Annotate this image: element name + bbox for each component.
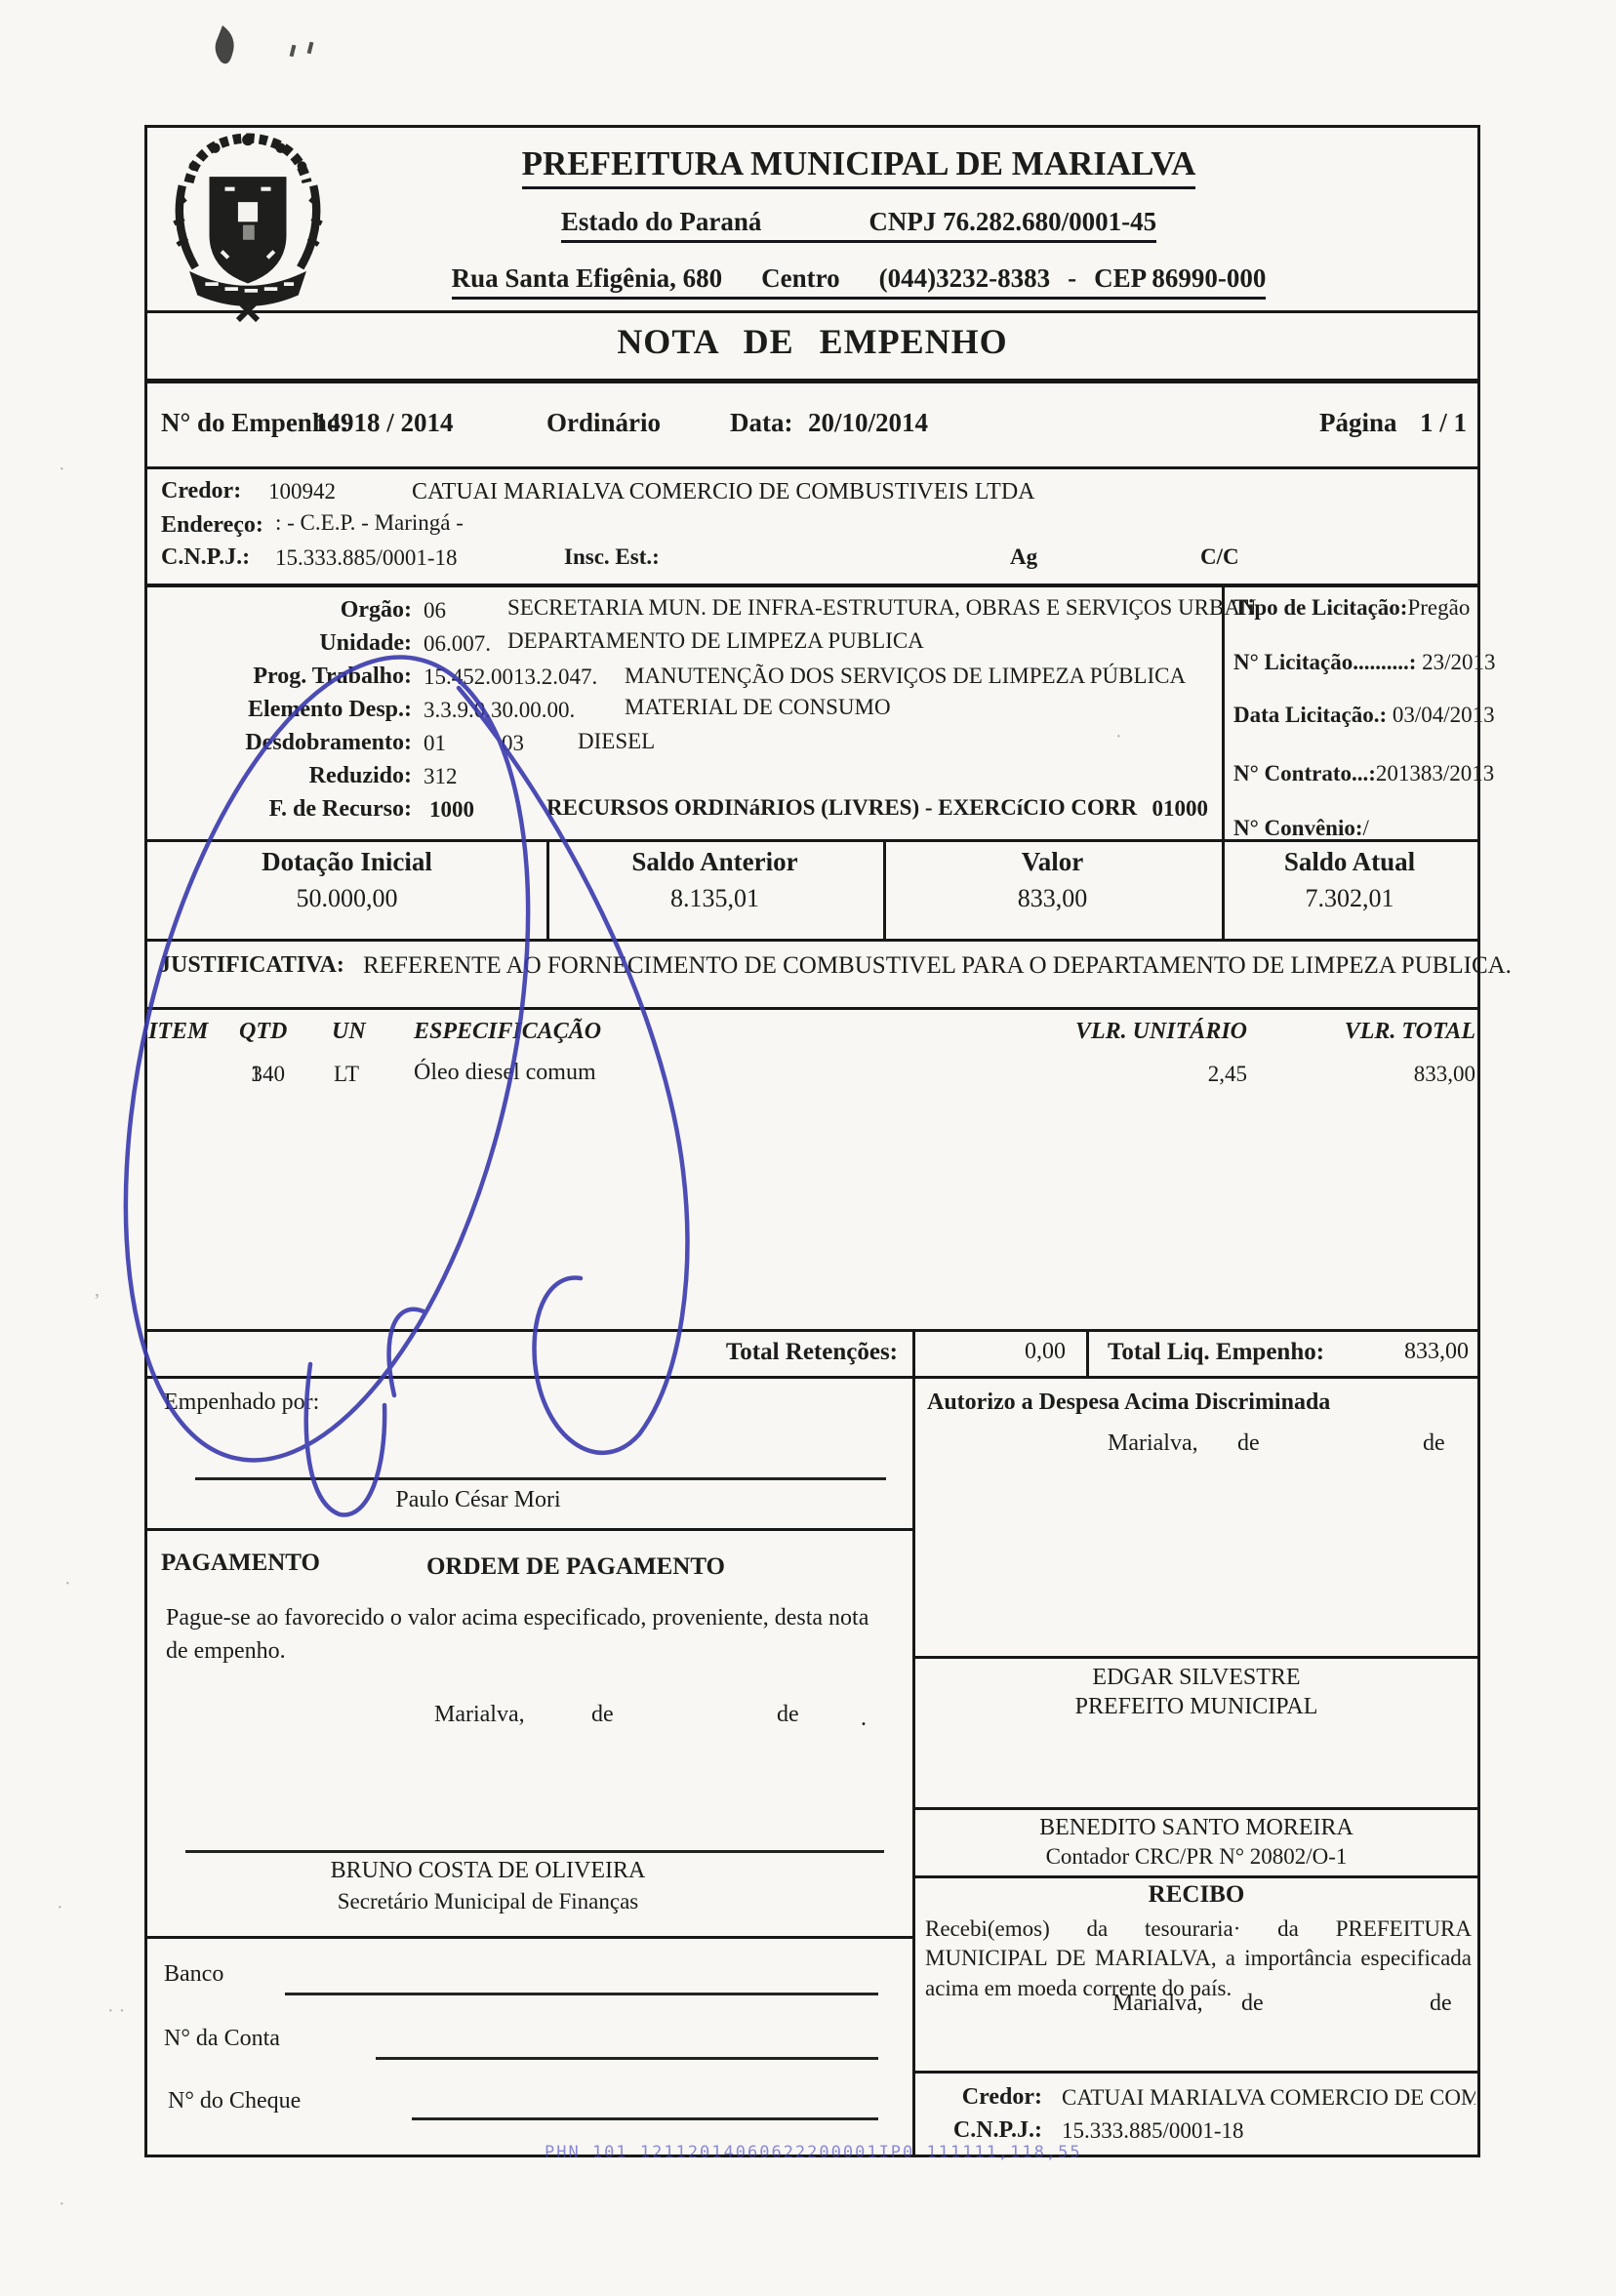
- pagamento-signature-line: [185, 1850, 884, 1853]
- numero-licitacao: N° Licitação..........: 23/2013: [1233, 650, 1496, 675]
- numero-conta-label: N° da Conta: [164, 2026, 280, 2053]
- saldo-atual-value: 7.302,01: [1222, 884, 1477, 913]
- banco-label: Banco: [164, 1961, 223, 1989]
- credor-label: Credor:: [161, 478, 241, 505]
- items-header-un: UN: [332, 1019, 366, 1046]
- credor-cnpj-label: C.N.P.J.:: [161, 544, 250, 572]
- numero-cheque-label: N° do Cheque: [168, 2088, 301, 2115]
- header-title: PREFEITURA MUNICIPAL DE MARIALVA: [468, 144, 1249, 183]
- total-retencoes-value: 0,00: [954, 1339, 1066, 1366]
- autorizo-city: Marialva,: [1108, 1430, 1198, 1458]
- empenhado-signature-line: [195, 1477, 886, 1480]
- coat-of-arms-logo: [166, 133, 330, 324]
- desdobramento-label: Desdobramento:: [146, 730, 412, 757]
- pagamento-city: Marialva,: [434, 1702, 525, 1729]
- unidade-desc: DEPARTAMENTO DE LIMPEZA PUBLICA: [507, 628, 924, 654]
- total-liq-empenho-label: Total Liq. Empenho:: [1108, 1339, 1324, 1367]
- insc-est-label: Insc. Est.:: [564, 544, 660, 570]
- header-address: Rua Santa Efigênia, 680Centro(044)3232-8…: [429, 263, 1288, 294]
- elemento-desp-code: 3.3.9.0.30.00.00.: [424, 698, 575, 723]
- orgao-code: 06: [424, 598, 446, 624]
- endereco-value: : - C.E.P. - Maringá -: [275, 510, 464, 536]
- recibo-cnpj-value: 15.333.885/0001-18: [1062, 2118, 1244, 2144]
- empenhado-signer-name: Paulo César Mori: [332, 1487, 625, 1514]
- autorizo-signer-role: PREFEITO MUNICIPAL: [915, 1694, 1477, 1721]
- empenho-kind: Ordinário: [546, 408, 661, 438]
- autorizo-signer-name: EDGAR SILVESTRE: [915, 1665, 1477, 1692]
- scan-speck: ·: [1115, 726, 1122, 748]
- dotacao-inicial-value: 50.000,00: [147, 884, 546, 913]
- banco-line: [285, 1993, 878, 1995]
- numero-cheque-line: [412, 2117, 878, 2120]
- item-row-espec: Óleo diesel comum: [414, 1060, 596, 1087]
- saldo-anterior-value: 8.135,01: [546, 884, 883, 913]
- items-header-vlr-total: VLR. TOTAL: [1298, 1019, 1475, 1046]
- items-header-item: ITEM: [148, 1019, 208, 1046]
- orgao-label: Orgão:: [146, 597, 412, 624]
- items-header-vlr-unitario: VLR. UNITÁRIO: [1034, 1019, 1247, 1046]
- contador-signature-line: [915, 1807, 1477, 1810]
- pagamento-de2: de: [777, 1702, 799, 1729]
- desdobramento-code1: 01: [424, 731, 446, 756]
- justificativa-label: JUSTIFICATIVA:: [159, 952, 344, 980]
- endereco-label: Endereço:: [161, 512, 263, 540]
- autorizo-title: Autorizo a Despesa Acima Discriminada: [927, 1390, 1330, 1417]
- contador-name: BENEDITO SANTO MOREIRA: [915, 1815, 1477, 1842]
- scan-speck: ·: [59, 459, 65, 481]
- total-liq-empenho-value: 833,00: [1347, 1339, 1469, 1366]
- items-header-espec: ESPECIFICAÇÃO: [414, 1019, 601, 1046]
- numero-convenio: N° Convênio:/: [1233, 816, 1369, 841]
- numero-contrato: N° Contrato...:201383/2013: [1233, 761, 1494, 786]
- fonte-recurso-extra: 01000: [1093, 796, 1208, 822]
- item-row-vlr-unitario: 2,45: [1132, 1062, 1247, 1087]
- elemento-desp-label: Elemento Desp.:: [146, 697, 412, 724]
- page-number-label: Página: [1319, 408, 1397, 438]
- valor-value: 833,00: [883, 884, 1222, 913]
- recibo-credor-label: Credor:: [917, 2084, 1042, 2112]
- desdobramento-code2: 03: [502, 731, 524, 756]
- credor-cnpj-value: 15.333.885/0001-18: [275, 545, 458, 571]
- contador-role: Contador CRC/PR N° 20802/O-1: [915, 1844, 1477, 1870]
- recibo-de2: de: [1430, 1991, 1452, 2018]
- pagamento-signer-role: Secretário Municipal de Finanças: [273, 1889, 703, 1914]
- recibo-credor-value: CATUAI MARIALVA COMERCIO DE COMBUSTIVE: [1062, 2085, 1475, 2111]
- pagamento-de1: de: [591, 1702, 614, 1729]
- empenho-number-value: 14918 / 2014: [314, 408, 454, 438]
- autorizo-de2: de: [1423, 1430, 1445, 1458]
- conta-corrente-label: C/C: [1200, 544, 1239, 570]
- scan-speck: ·: [59, 2194, 65, 2216]
- numero-conta-line: [376, 2057, 878, 2060]
- credor-code: 100942: [268, 479, 336, 504]
- justificativa-text: REFERENTE AO FORNECIMENTO DE COMBUSTIVEL…: [363, 952, 1512, 981]
- dotacao-inicial-header: Dotação Inicial: [147, 847, 546, 877]
- prog-trabalho-label: Prog. Trabalho:: [146, 664, 412, 691]
- unidade-label: Unidade:: [146, 630, 412, 658]
- dot-matrix-bank-stamp: PHN 101 12112014060622200001IP0 111111,1…: [545, 2143, 1082, 2162]
- recibo-cnpj-label: C.N.P.J.:: [917, 2117, 1042, 2145]
- pagamento-dot: .: [861, 1706, 867, 1733]
- orgao-desc: SECRETARIA MUN. DE INFRA-ESTRUTURA, OBRA…: [507, 595, 1257, 621]
- fonte-recurso-label: F. de Recurso:: [146, 796, 412, 824]
- pagamento-body: Pague-se ao favorecido o valor acima esp…: [166, 1602, 890, 1668]
- recibo-city: Marialva,: [1112, 1991, 1203, 2018]
- total-retencoes-label: Total Retenções:: [625, 1339, 898, 1367]
- empenhado-por-label: Empenhado por:: [164, 1390, 319, 1417]
- page-number-value: 1 / 1: [1420, 408, 1467, 438]
- reduzido-code: 312: [424, 764, 458, 789]
- scan-speck: · ·: [107, 2000, 125, 2023]
- item-row-vlr-total: 833,00: [1347, 1062, 1475, 1087]
- item-row-qtd: 340: [226, 1062, 285, 1087]
- fonte-recurso-desc: RECURSOS ORDINáRIOS (LIVRES) - EXERCíCIO…: [546, 795, 1137, 821]
- scan-speck: ’: [94, 1290, 101, 1312]
- desdobramento-desc: DIESEL: [578, 729, 655, 754]
- saldo-atual-header: Saldo Atual: [1222, 847, 1477, 877]
- agencia-label: Ag: [1010, 544, 1037, 570]
- pagamento-title: PAGAMENTO: [161, 1550, 320, 1578]
- header-estado-cnpj: Estado do ParanáCNPJ 76.282.680/0001-45: [468, 207, 1249, 237]
- prog-trabalho-desc: MANUTENÇÃO DOS SERVIÇOS DE LIMPEZA PÚBLI…: [625, 664, 1186, 689]
- prog-trabalho-code: 15.452.0013.2.047.: [424, 665, 597, 690]
- ordem-pagamento-title: ORDEM DE PAGAMENTO: [371, 1553, 781, 1582]
- autorizo-signature-line: [915, 1656, 1477, 1659]
- autorizo-de1: de: [1237, 1430, 1260, 1458]
- scan-speck: ·: [64, 1573, 71, 1595]
- fonte-recurso-code: 1000: [429, 797, 474, 823]
- pagamento-signer-name: BRUNO COSTA DE OLIVEIRA: [273, 1858, 703, 1885]
- tipo-licitacao: Tipo de Licitação:Pregão: [1233, 595, 1470, 621]
- saldo-anterior-header: Saldo Anterior: [546, 847, 883, 877]
- valor-header: Valor: [883, 847, 1222, 877]
- document-title: NOTA DE EMPENHO: [147, 322, 1477, 362]
- reduzido-label: Reduzido:: [146, 763, 412, 790]
- empenho-date-value: 20/10/2014: [808, 408, 928, 438]
- unidade-code: 06.007.: [424, 631, 491, 657]
- items-header-qtd: QTD: [239, 1019, 287, 1046]
- item-row-un: LT: [334, 1062, 359, 1087]
- data-licitacao: Data Licitação.: 03/04/2013: [1233, 703, 1495, 728]
- scanned-nota-de-empenho: PREFEITURA MUNICIPAL DE MARIALVA Estado …: [0, 0, 1616, 2296]
- scan-speck: ·: [57, 1897, 63, 1919]
- recibo-title: RECIBO: [915, 1881, 1477, 1910]
- elemento-desp-desc: MATERIAL DE CONSUMO: [625, 695, 891, 720]
- recibo-de1: de: [1241, 1991, 1264, 2018]
- empenho-date-label: Data:: [730, 408, 792, 438]
- credor-name: CATUAI MARIALVA COMERCIO DE COMBUSTIVEIS…: [412, 479, 1035, 506]
